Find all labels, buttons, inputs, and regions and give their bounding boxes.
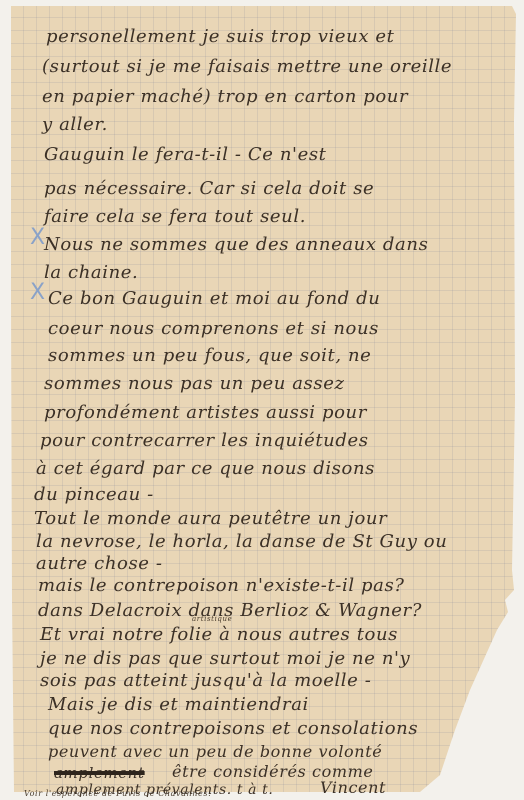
handwritten-line: Mais je dis et maintiendrai [48, 696, 309, 714]
signature: Vincent [320, 780, 386, 796]
handwritten-line: Tout le monde aura peutêtre un jour [34, 510, 387, 528]
handwritten-line: la nevrose, le horla, la danse de St Guy… [36, 533, 447, 551]
handwritten-line: (surtout si je me faisais mettre une ore… [42, 58, 452, 76]
handwritten-line: sois pas atteint jusqu'à la moelle - [40, 672, 371, 690]
handwritten-line: sommes un peu fous, que soit, ne [48, 347, 371, 365]
handwritten-line: pas nécessaire. Car si cela doit se [44, 180, 374, 198]
handwritten-line: Ce bon Gauguin et moi au fond du [48, 290, 380, 308]
handwritten-line: à cet égard par ce que nous disons [36, 460, 375, 478]
handwritten-line: coeur nous comprenons et si nous [48, 320, 379, 338]
blue-cross-mark: X [30, 227, 45, 249]
handwritten-line: en papier maché) trop en carton pour [42, 88, 408, 106]
handwritten-line: sommes nous pas un peu assez [44, 375, 345, 393]
interlinear-insertion: artistique [192, 616, 232, 623]
handwritten-line: autre chose - [36, 555, 163, 573]
handwritten-line: la chaine. [44, 264, 138, 282]
handwritten-line: que nos contrepoisons et consolations [48, 720, 418, 738]
handwritten-line: personellement je suis trop vieux et [46, 28, 394, 46]
blue-cross-mark: X [30, 282, 45, 304]
handwritten-line: pour contrecarrer les inquiétudes [40, 432, 369, 450]
handwritten-line: peuvent avec un peu de bonne volonté [48, 744, 382, 760]
handwritten-line: profondément artistes aussi pour [44, 404, 367, 422]
handwritten-line: y aller. [42, 116, 108, 134]
struck-out-word: amplement [54, 766, 145, 781]
handwritten-line: Gauguin le fera-t-il - Ce n'est [44, 146, 327, 164]
handwritten-line: Et vrai notre folie à nous autres tous [40, 626, 398, 644]
handwritten-line: mais le contrepoison n'existe-t-il pas? [38, 577, 405, 595]
handwritten-line: faire cela se fera tout seul. [44, 208, 306, 226]
handwritten-line: du pinceau - [34, 486, 154, 504]
handwritten-line: je ne dis pas que surtout moi je ne n'y [40, 650, 410, 668]
handwritten-line: Nous ne sommes que des anneaux dans [44, 236, 428, 254]
marginal-note: Voir l'espérance de Puvis de Chavannes. [24, 790, 211, 798]
